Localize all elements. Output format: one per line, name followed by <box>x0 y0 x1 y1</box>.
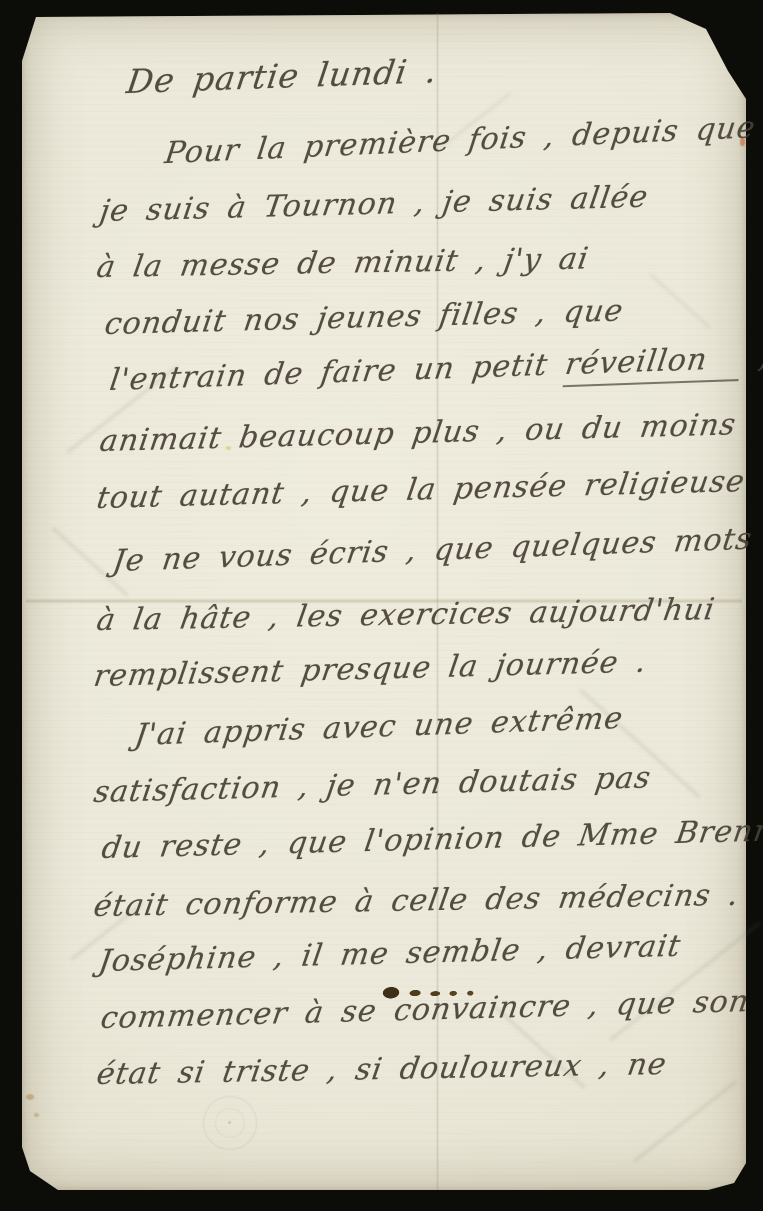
handwriting-line: du reste , que l'opinion de Mme Brenne <box>99 813 763 866</box>
edge-speck <box>740 138 745 146</box>
scan-background: De partie lundi .Pour la première fois ,… <box>0 0 763 1211</box>
handwriting-line: je suis à Tournon , je suis allée <box>97 180 650 230</box>
handwriting-line: satisfaction , je n'en doutais pas <box>91 760 653 810</box>
letter-dateline: De partie lundi . <box>124 51 440 101</box>
foxing-spot <box>226 446 231 450</box>
handwriting-line: à la messe de minuit , j'y ai <box>94 241 591 285</box>
handwriting-line: tout autant , que la pensée religieuse . <box>94 463 763 516</box>
handwriting-line: Pour la première fois , depuis que <box>163 110 758 171</box>
handwriting-line: Joséphine , il me semble , devrait <box>96 929 683 979</box>
handwriting-line: l'entrain de faire un petit réveillon , <box>108 340 763 398</box>
handwriting-line: conduit nos jeunes filles , que <box>102 293 626 342</box>
handwriting-line: animait beaucoup plus , ou du moins <box>97 407 738 459</box>
handwriting-line: à la hâte , les exercices aujourd'hui <box>94 592 717 638</box>
handwriting-line: J'ai appris avec une extrême <box>133 701 626 753</box>
foxing-spot <box>34 1113 39 1117</box>
handwriting-line: Je ne vous écris , que quelques mots <box>111 522 755 580</box>
foxing-spot <box>26 1094 34 1100</box>
handwriting-line: était conforme à celle des médecins . <box>91 878 741 924</box>
handwriting-line: état si triste , si douloureux , ne <box>94 1047 669 1092</box>
underlined-word: réveillon <box>562 341 744 387</box>
collection-stamp <box>203 1096 257 1150</box>
handwriting-line: remplissent presque la journée . <box>91 644 649 694</box>
handwriting-layer: De partie lundi .Pour la première fois ,… <box>0 0 763 1211</box>
